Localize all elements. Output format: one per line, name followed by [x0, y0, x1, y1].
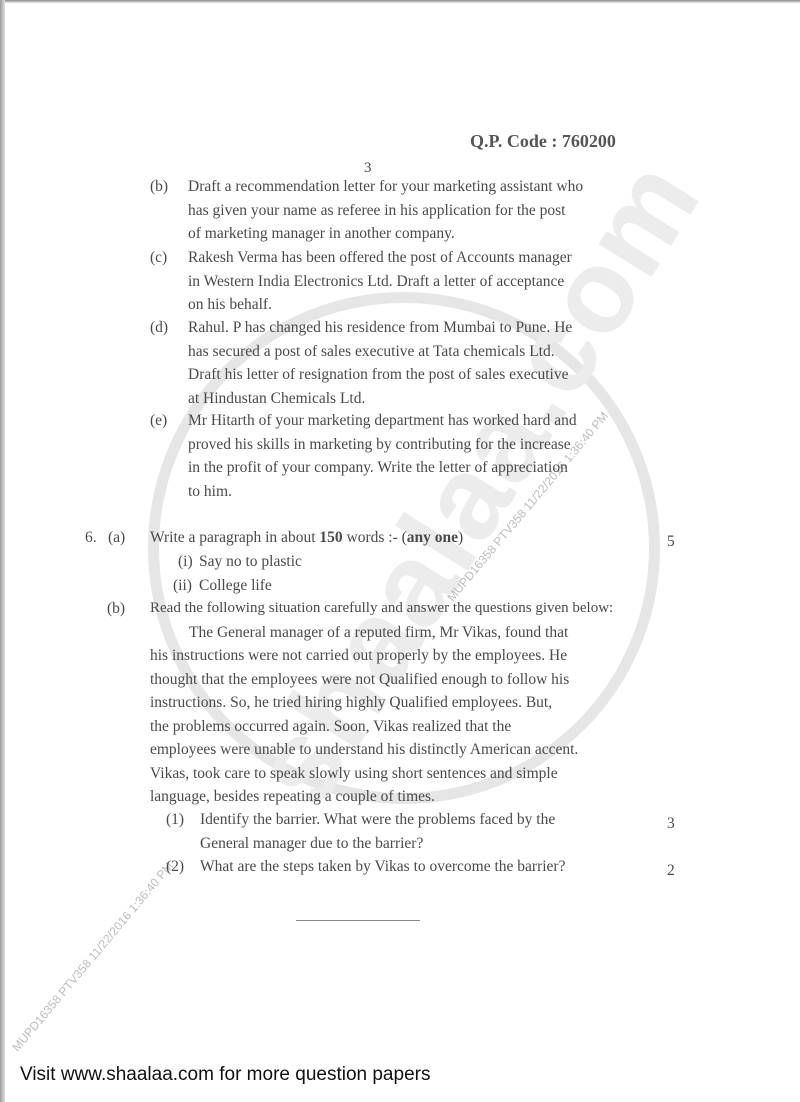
sub-question-text: Identify the barrier. What were the prob…	[200, 808, 640, 855]
question-number: 6.	[85, 526, 97, 550]
marks: 3	[667, 812, 675, 836]
part-text: Rakesh Verma has been offered the post o…	[188, 246, 633, 317]
text-line: Draft his letter of resignation from the…	[188, 363, 633, 387]
sub-question-label: (2)	[166, 855, 184, 879]
passage: The General manager of a reputed firm, M…	[150, 621, 632, 809]
end-divider	[296, 920, 420, 921]
text-line: of marketing manager in another company.	[188, 222, 633, 246]
text-line: The General manager of a reputed firm, M…	[150, 621, 632, 645]
option-item: (i) Say no to plastic	[173, 550, 473, 574]
watermark-stamp: MUPD16358 PTV358 11/22/2016 1:36:40 PM	[9, 859, 176, 1054]
text-line: the problems occurred again. Soon, Vikas…	[150, 715, 632, 739]
text-line: Rakesh Verma has been offered the post o…	[188, 246, 633, 270]
part-label: (d)	[150, 316, 168, 340]
part-label: (c)	[150, 246, 167, 270]
text-line: on his behalf.	[188, 293, 633, 317]
option-list: (i) Say no to plastic (ii) College life	[173, 550, 473, 597]
part-text: Mr Hitarth of your marketing department …	[188, 409, 633, 503]
part-label: (b)	[107, 597, 125, 621]
text-line: Draft a recommendation letter for your m…	[188, 175, 633, 199]
option-item: (ii) College life	[173, 574, 473, 598]
text-line: What are the steps taken by Vikas to ove…	[200, 855, 640, 879]
text-line: has secured a post of sales executive at…	[188, 340, 633, 364]
qp-code: Q.P. Code : 760200	[470, 131, 616, 152]
part-text: Rahul. P has changed his residence from …	[188, 316, 633, 410]
text-line: in Western India Electronics Ltd. Draft …	[188, 270, 633, 294]
text-line: employees were unable to understand his …	[150, 738, 632, 762]
part-text: Draft a recommendation letter for your m…	[188, 175, 633, 246]
scan-edge-top	[0, 0, 800, 3]
text-line: Identify the barrier. What were the prob…	[200, 808, 640, 832]
scan-edge-left	[0, 0, 5, 1102]
sub-question-text: What are the steps taken by Vikas to ove…	[200, 855, 640, 879]
text-line: in the profit of your company. Write the…	[188, 456, 633, 480]
part-text: Write a paragraph in about 150 words :- …	[150, 526, 620, 550]
text-line: to him.	[188, 480, 633, 504]
text-line: Vikas, took care to speak slowly using s…	[150, 762, 632, 786]
text-line: proved his skills in marketing by contri…	[188, 433, 633, 457]
part-label: (b)	[150, 175, 168, 199]
sub-question-label: (1)	[166, 808, 184, 832]
text-line: Mr Hitarth of your marketing department …	[188, 409, 633, 433]
marks: 5	[667, 530, 675, 554]
marks: 2	[667, 859, 675, 883]
text-line: instructions. So, he tried hiring highly…	[150, 691, 632, 715]
text-line: thought that the employees were not Qual…	[150, 668, 632, 692]
text-line: has given your name as referee in his ap…	[188, 199, 633, 223]
text-line: his instructions were not carried out pr…	[150, 644, 632, 668]
text-line: Rahul. P has changed his residence from …	[188, 316, 633, 340]
part-label: (a)	[108, 526, 125, 550]
part-label: (e)	[150, 409, 167, 433]
text-line: language, besides repeating a couple of …	[150, 785, 632, 809]
instruction: Read the following situation carefully a…	[150, 597, 670, 621]
footer-link[interactable]: Visit www.shaalaa.com for more question …	[20, 1064, 430, 1086]
text-line: at Hindustan Chemicals Ltd.	[188, 387, 633, 411]
text-line: General manager due to the barrier?	[200, 832, 640, 856]
